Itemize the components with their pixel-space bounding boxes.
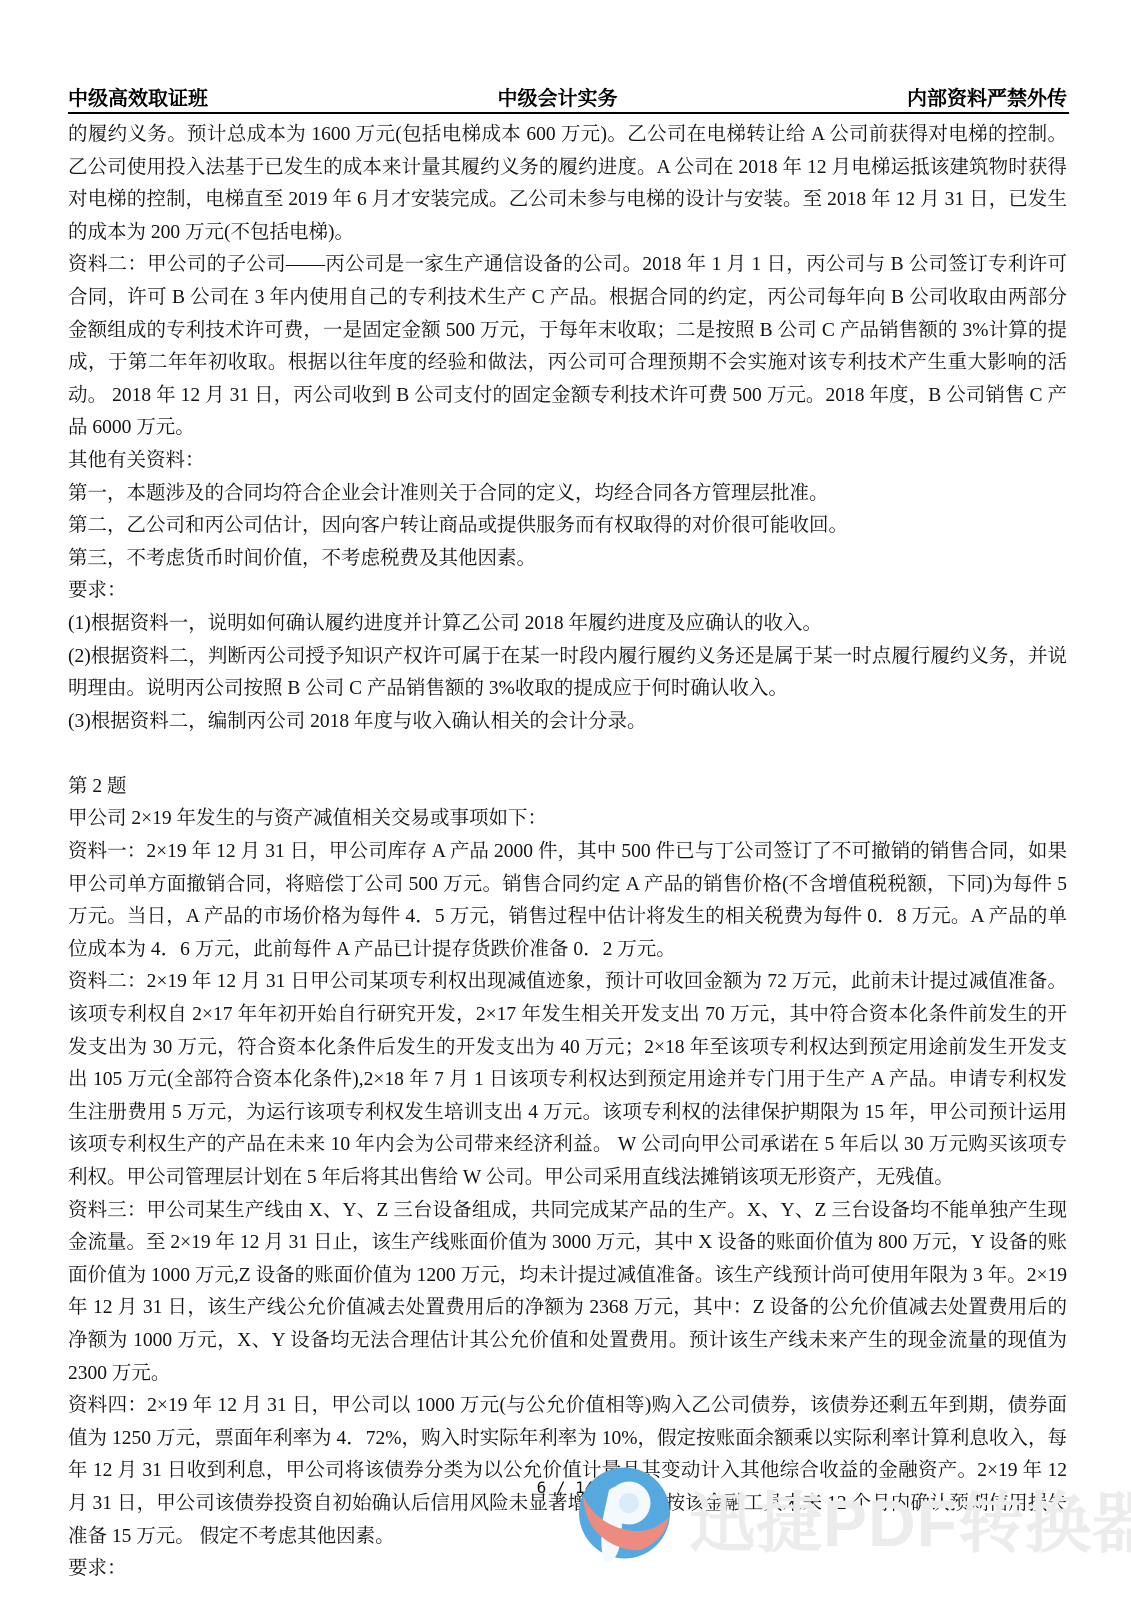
document-body: 的履约义务。预计总成本为 1600 万元(包括电梯成本 600 万元)。乙公司在…	[68, 119, 1067, 1586]
pdf-page: 中级高效取证班 中级会计实务 内部资料严禁外传 的履约义务。预计总成本为 160…	[0, 0, 1131, 1600]
paragraph-q2-material-3: 资料三：甲公司某生产线由 X、Y、Z 三台设备组成，共同完成某产品的生产。X、Y…	[68, 1195, 1067, 1391]
paragraph-q1-requirements-heading: 要求：	[68, 575, 1067, 608]
page-footer: 6 / 14	[0, 1478, 1131, 1497]
paragraph-q1-requirement-1: (1)根据资料一，说明如何确认履约进度并计算乙公司 2018 年履约进度及应确认…	[68, 608, 1067, 641]
paragraph-other-info-heading: 其他有关资料：	[68, 445, 1067, 478]
paragraph-other-info-item-1: 第一，本题涉及的合同均符合企业会计准则关于合同的定义，均经合同各方管理层批准。	[68, 478, 1067, 511]
paragraph-q2-intro: 甲公司 2×19 年发生的与资产减值相关交易或事项如下：	[68, 803, 1067, 836]
paragraph-q1-material-2: 资料二：甲公司的子公司——丙公司是一家生产通信设备的公司。2018 年 1 月 …	[68, 249, 1067, 445]
paragraph-q2-material-1: 资料一：2×19 年 12 月 31 日，甲公司库存 A 产品 2000 件，其…	[68, 836, 1067, 966]
header-subject-title: 中级会计实务	[498, 82, 618, 111]
paragraph-q2-material-4: 资料四：2×19 年 12 月 31 日，甲公司以 1000 万元(与公允价值相…	[68, 1390, 1067, 1553]
paragraph-other-info-item-3: 第三，不考虑货币时间价值，不考虑税费及其他因素。	[68, 543, 1067, 576]
paragraph-q1-continuation: 的履约义务。预计总成本为 1600 万元(包括电梯成本 600 万元)。乙公司在…	[68, 119, 1067, 249]
paragraph-q1-requirement-3: (3)根据资料二，编制丙公司 2018 年度与收入确认相关的会计分录。	[68, 706, 1067, 739]
paragraph-q1-requirement-2: (2)根据资料二，判断丙公司授予知识产权许可属于在某一时段内履行履约义务还是属于…	[68, 641, 1067, 706]
header-divider	[68, 112, 1069, 114]
header-course-title: 中级高效取证班	[68, 82, 208, 111]
header-confidential-notice: 内部资料严禁外传	[907, 82, 1067, 111]
paragraph-q2-material-2: 资料二：2×19 年 12 月 31 日甲公司某项专利权出现减值迹象，预计可收回…	[68, 966, 1067, 1194]
paragraph-q2-requirements-heading: 要求：	[68, 1553, 1067, 1586]
page-number: 6 / 14	[537, 1478, 595, 1497]
paragraph-q2-title: 第 2 题	[68, 771, 1067, 804]
paragraph-other-info-item-2: 第二，乙公司和丙公司估计，因向客户转让商品或提供服务而有权取得的对价很可能收回。	[68, 510, 1067, 543]
page-header: 中级高效取证班 中级会计实务 内部资料严禁外传	[68, 82, 1067, 111]
